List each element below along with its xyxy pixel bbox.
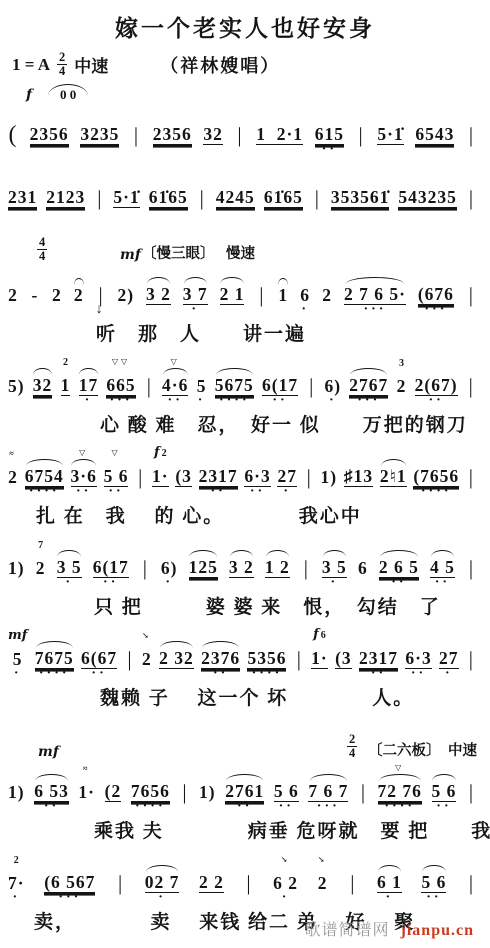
accent-mark: ↘ xyxy=(318,853,328,866)
slur-arc xyxy=(258,117,302,124)
note-group: ♯13 xyxy=(344,446,373,500)
octave-dots: · xyxy=(165,578,173,591)
barline: | xyxy=(466,168,476,221)
barline: | xyxy=(358,762,368,815)
slur-arc xyxy=(310,774,348,781)
note-group: 6·3·· xyxy=(405,628,431,682)
barline: | xyxy=(144,356,154,409)
music-line: 1)723 5·6(17··|6)·1253 21 2|3 5·62 6 5··… xyxy=(8,537,482,619)
tempo-marking: 中速 xyxy=(448,739,477,760)
octave-dots: ··· xyxy=(317,802,340,815)
octave-dots: ·· xyxy=(411,669,426,682)
slur-arc xyxy=(105,774,121,781)
octave-dots: ·· xyxy=(426,893,441,906)
slur-arc xyxy=(380,550,418,557)
slur-arc xyxy=(47,180,84,187)
note-group: 1) xyxy=(8,762,25,815)
slur-arc xyxy=(132,774,169,781)
note-group: 61̇65 xyxy=(264,167,303,221)
barline: | xyxy=(306,356,316,409)
slur-arc xyxy=(396,369,406,376)
notes-row: mf5·7675····6(67··|↘22 322376··5356····|… xyxy=(8,628,482,682)
slur-arc xyxy=(300,278,310,285)
barline: | xyxy=(466,538,476,591)
note-group: 27· xyxy=(439,628,459,682)
accent-mark: ↘ xyxy=(281,853,291,866)
barline: | xyxy=(466,447,476,500)
slur-arc xyxy=(114,180,139,187)
slur-arc xyxy=(432,774,455,781)
note-group: 27· xyxy=(277,446,297,500)
lyrics-line: 扎 在 我 的 心。 我心中 xyxy=(36,501,482,528)
music-line: mf24〔二六板〕中速1)6 53··≈1·(27656····|1)2761·… xyxy=(8,719,482,843)
note-group: 1) xyxy=(199,762,216,815)
note-group: 1 2·1 xyxy=(256,104,303,158)
slur-arc xyxy=(417,117,454,124)
note-group: 72 xyxy=(36,538,46,591)
octave-dots: · xyxy=(12,893,20,906)
slur-arc xyxy=(46,865,94,872)
note-group: 2(67)·· xyxy=(415,355,458,409)
slur-arc xyxy=(416,368,456,375)
notes-row: 1)723 5·6(17··|6)·1253 21 2|3 5·62 6 5··… xyxy=(8,537,482,591)
annotation-row: 44mf〔慢三眼〕慢速 xyxy=(8,230,482,264)
octave-dots: ···· xyxy=(219,396,250,409)
note-group: 32 xyxy=(396,356,406,409)
slur-arc xyxy=(33,368,51,375)
note-group: ↘6 2· xyxy=(273,853,298,906)
slur-arc xyxy=(104,459,127,466)
note-group: 5 6·· xyxy=(432,761,457,815)
slur-arc xyxy=(358,551,368,558)
slur-arc xyxy=(333,180,388,187)
octave-dots: ·· xyxy=(272,396,287,409)
octave-dots: ·· xyxy=(435,578,450,591)
slur-arc xyxy=(312,641,328,648)
site-url: jianpu.cn xyxy=(401,922,474,939)
barline: | xyxy=(131,105,141,158)
barline: | xyxy=(244,853,254,906)
slur-arc xyxy=(31,117,68,124)
barline: | xyxy=(135,447,145,500)
slur-arc xyxy=(422,865,445,872)
slur-arc xyxy=(265,180,302,187)
octave-dots: · xyxy=(14,669,22,682)
octave-dots: ···· xyxy=(39,669,70,682)
barline: | xyxy=(140,538,150,591)
time-signature: 24 xyxy=(347,733,357,760)
note-group: - xyxy=(30,265,40,318)
slur-arc xyxy=(189,550,216,557)
note-group: 1) xyxy=(320,447,337,500)
barline: | xyxy=(294,629,304,682)
key-signature: 1 = A 2 4 中速 xyxy=(12,51,108,78)
barline: | xyxy=(466,853,476,906)
note-group: 2 2 xyxy=(199,852,224,906)
dynamics-marking: mf xyxy=(8,629,27,642)
note-group: 6 xyxy=(358,538,368,591)
dynamics-marking: mf xyxy=(38,744,59,760)
slur-arc xyxy=(419,277,453,284)
barline: | xyxy=(466,762,476,815)
octave-dots: · xyxy=(283,487,291,500)
octave-dots: ··· xyxy=(110,396,133,409)
barline: | xyxy=(312,168,322,221)
slur-arc xyxy=(147,277,170,284)
note-group: 6543 xyxy=(415,104,454,158)
note-group: f21· xyxy=(152,446,169,500)
note-group: 2761·· xyxy=(225,761,264,815)
note-group: 7675···· xyxy=(35,628,74,682)
grace-note: 2 xyxy=(14,854,19,867)
slur-arc xyxy=(318,866,328,873)
slur-arc xyxy=(107,368,134,375)
slur-arc xyxy=(325,369,341,376)
octave-dots: ···· xyxy=(135,802,166,815)
grace-note: 2 xyxy=(63,356,68,369)
note-group: 5) xyxy=(8,356,25,409)
note-group: 6)· xyxy=(161,538,178,591)
slur-arc xyxy=(226,774,263,781)
note-group: f61· xyxy=(311,628,328,682)
music-line: 44mf〔慢三眼〕慢速2-22|↓2)3 23 7·2 1|16·22 7 6 … xyxy=(8,230,482,346)
music-line: ≈26754····▽3·6··▽5 6··|f21·(32317··6·3··… xyxy=(8,446,482,528)
barline: | xyxy=(115,853,125,906)
grace-note: 7 xyxy=(38,539,43,552)
note-group: ▽5 6·· xyxy=(104,446,129,500)
note-group: ≈1· xyxy=(78,762,95,815)
accent-mark: ≈ xyxy=(83,762,90,775)
note-group: 4 5·· xyxy=(430,537,455,591)
barline: | xyxy=(304,447,314,500)
note-group: 2356 xyxy=(153,104,192,158)
note-group: 125 xyxy=(189,537,218,591)
note-group: (3 xyxy=(335,628,352,682)
octave-dots: ·· xyxy=(371,669,386,682)
note-group: 2317·· xyxy=(199,446,238,500)
note-group: 3 5· xyxy=(322,537,347,591)
octave-dots: ··· xyxy=(357,396,380,409)
meter-denominator: 4 xyxy=(57,65,67,78)
octave-dots: ··· xyxy=(58,893,81,906)
slur-arc xyxy=(9,642,27,649)
note-group: 1 xyxy=(278,265,288,318)
octave-dots: ···· xyxy=(421,487,452,500)
slur-arc xyxy=(35,774,68,781)
grace-note: 6 xyxy=(321,629,326,642)
slur-arc xyxy=(82,641,116,648)
note-group: 6 53·· xyxy=(34,761,69,815)
dynamics-marking: f xyxy=(313,628,319,641)
slur-arc xyxy=(216,368,253,375)
watermark: 歌谱简谱网 jianpu.cn xyxy=(305,917,474,940)
note-group: 4245 xyxy=(216,167,255,221)
slur-arc xyxy=(9,369,25,376)
slur-arc xyxy=(230,550,253,557)
slur-arc xyxy=(406,641,431,648)
note-group: 17· xyxy=(79,355,99,409)
note-group: 2356 xyxy=(30,104,69,158)
accent-mark: ▽ xyxy=(171,355,180,368)
octave-dots: ·· xyxy=(237,802,252,815)
barline: |↓ xyxy=(96,265,106,318)
slur-arc xyxy=(360,641,397,648)
slur-arc xyxy=(74,278,84,285)
tempo-marking: 〔二六板〕 xyxy=(368,739,441,760)
grace-note: 3 xyxy=(399,357,404,370)
meter-numerator: 2 xyxy=(57,51,67,65)
slur-arc xyxy=(60,368,70,375)
note-group: 5356···· xyxy=(247,628,286,682)
barline: | xyxy=(466,265,476,318)
note-group: 3 2 xyxy=(229,537,254,591)
rest-notes: 0 0 xyxy=(48,83,88,103)
slur-arc xyxy=(379,774,421,781)
note-group: (676··· xyxy=(418,264,454,318)
note-group: (6 567··· xyxy=(44,852,95,906)
slur-arc xyxy=(26,459,63,466)
key-label: 1 = A xyxy=(12,55,50,75)
slur-arc xyxy=(345,459,372,466)
note-group: 5·1̇ xyxy=(377,104,403,158)
time-signature: 44 xyxy=(37,236,47,263)
annotation-row: mf24〔二六板〕中速 xyxy=(8,719,482,761)
octave-dots: ·· xyxy=(103,578,118,591)
note-group: 2767··· xyxy=(349,355,388,409)
slur-arc xyxy=(316,117,343,124)
octave-dots: ·· xyxy=(210,487,225,500)
note-group: ▽▽665··· xyxy=(106,355,135,409)
lyrics-line: 心 酸 难 忍， 好一 似 万把的钢刀 xyxy=(100,410,482,437)
note-group: 6·3·· xyxy=(244,446,270,500)
dynamics-marking: f xyxy=(26,87,32,103)
slur-arc xyxy=(336,641,352,648)
slur-arc xyxy=(36,551,46,558)
slur-arc xyxy=(266,550,289,557)
site-name: 歌谱简谱网 xyxy=(305,922,390,939)
note-group: 5 6·· xyxy=(421,852,446,906)
slur-arc xyxy=(197,369,207,376)
slur-arc xyxy=(323,550,346,557)
octave-dots: ·· xyxy=(91,669,106,682)
notes-row: ≈26754····▽3·6··▽5 6··|f21·(32317··6·3··… xyxy=(8,446,482,500)
slur-arc xyxy=(160,641,193,648)
octave-dots: ··· xyxy=(424,305,447,318)
song-title: 嫁一个老实人也好安身 xyxy=(0,10,490,43)
slur-arc xyxy=(431,550,454,557)
slur-arc xyxy=(378,117,403,124)
slur-arc xyxy=(184,277,207,284)
lyrics-line: 只 把 婆 婆 来 恨， 勾结 了 xyxy=(94,592,482,619)
octave-dots: ·· xyxy=(279,802,294,815)
note-group: 32 xyxy=(203,104,223,158)
note-group: 6(17·· xyxy=(93,537,129,591)
octave-dots: ···· xyxy=(29,487,60,500)
slur-arc xyxy=(154,117,191,124)
barline: | xyxy=(301,538,311,591)
notes-row: 5)322117·▽▽665···|▽4·6··5·5675····6(17··… xyxy=(8,355,482,409)
notes-row: (23563235|235632|1 2·1615··|5·1̇6543| xyxy=(8,104,482,158)
note-group: 543235 xyxy=(398,167,457,221)
note-group: 353561̇ xyxy=(331,167,390,221)
note-group: 3 7· xyxy=(183,264,208,318)
slur-arc xyxy=(322,278,332,285)
note-group: (7656···· xyxy=(413,446,459,500)
note-group: 7 6 7··· xyxy=(308,761,348,815)
slur-arc xyxy=(346,277,404,284)
slur-arc xyxy=(8,460,18,467)
octave-dots: ·· xyxy=(250,487,265,500)
note-group: 6 1· xyxy=(377,852,402,906)
slur-arc xyxy=(79,775,95,782)
octave-dots: ·· xyxy=(428,396,443,409)
octave-dots: · xyxy=(329,396,337,409)
note-group: ▽72 76···· xyxy=(378,761,422,815)
tempo-marking: 慢速 xyxy=(226,242,255,263)
barline: | xyxy=(124,629,134,682)
slur-arc xyxy=(350,368,387,375)
dynamics-marking: f xyxy=(154,446,160,459)
slur-arc xyxy=(263,368,297,375)
octave-dots: ·· xyxy=(436,802,451,815)
time-signature: 2 4 xyxy=(57,51,67,78)
notes-row: 2-22|↓2)3 23 7·2 1|16·22 7 6 5····(676··… xyxy=(8,264,482,318)
slur-arc xyxy=(57,550,80,557)
barline: | xyxy=(356,105,366,158)
slur-arc xyxy=(278,278,288,285)
slur-arc xyxy=(415,459,458,466)
note-group: 2 xyxy=(322,265,332,318)
note-group: 6(67·· xyxy=(81,628,117,682)
score-body: f0 0(23563235|235632|1 2·1615··|5·1̇6543… xyxy=(0,80,490,934)
note-group: 5· xyxy=(197,356,207,409)
music-line: 2312123|5·1̇61̇65|424561̇65|353561̇54323… xyxy=(8,167,482,221)
note-group: (2 xyxy=(105,761,122,815)
accent-mark: ↘ xyxy=(142,629,152,642)
slur-arc xyxy=(220,277,243,284)
notes-row: 2312123|5·1̇61̇65|424561̇65|353561̇54323… xyxy=(8,167,482,221)
lyrics-line: 魏赖 子 这一个 坏 人。 xyxy=(100,683,482,710)
note-group: 2317·· xyxy=(359,628,398,682)
slur-arc xyxy=(440,641,458,648)
note-group: mf5· xyxy=(8,629,27,682)
slur-arc xyxy=(36,641,73,648)
notes-row: 1)6 53··≈1·(27656····|1)2761··5 6··7 6 7… xyxy=(8,761,482,815)
accent-mark: ≈ xyxy=(9,447,16,460)
notes-row: 27··(6 567···|02 7·2 2|↘6 2·↘2|6 1·5 6··… xyxy=(8,852,482,906)
slur-arc xyxy=(9,775,25,782)
note-group: 2 xyxy=(74,265,84,318)
note-group: 3 5· xyxy=(57,537,82,591)
slur-arc xyxy=(152,459,168,466)
note-group: 2376·· xyxy=(201,628,240,682)
octave-dots: · xyxy=(330,578,338,591)
music-line: f0 0(23563235|235632|1 2·1615··|5·1̇6543… xyxy=(8,80,482,158)
slur-arc xyxy=(94,550,128,557)
lyrics-line: 听 那 人 讲一遍 xyxy=(96,319,482,346)
slur-arc xyxy=(202,641,239,648)
sheet-music-page: { "header": { "title": "嫁一个老实人也好安身", "ke… xyxy=(0,0,490,948)
slur-arc xyxy=(200,459,237,466)
octave-dots: ··· xyxy=(363,305,386,318)
slur-arc xyxy=(204,117,222,124)
note-group: 2 32 xyxy=(159,628,194,682)
accent-mark: ▽▽ xyxy=(112,355,130,368)
slur-arc xyxy=(79,368,97,375)
accent-mark: ▽ xyxy=(395,761,404,774)
note-group: ↘2 xyxy=(142,629,152,682)
slur-arc xyxy=(146,865,179,872)
octave-dots: · xyxy=(191,305,199,318)
dynamics-marking: mf xyxy=(120,247,141,263)
slur-arc xyxy=(52,278,62,285)
slur-arc xyxy=(321,460,337,467)
slur-arc xyxy=(217,180,254,187)
note-group: 32 xyxy=(33,355,53,409)
note-group: 2 xyxy=(52,265,62,318)
note-group: ▽4·6·· xyxy=(162,355,188,409)
octave-dots: ↓ xyxy=(96,305,106,318)
octave-dots: · xyxy=(301,305,309,318)
music-line: mf5·7675····6(67··|↘22 322376··5356····|… xyxy=(8,628,482,710)
slur-arc xyxy=(30,278,40,285)
note-group: 1 2 xyxy=(265,537,290,591)
note-group: ▽3·6·· xyxy=(71,446,97,500)
slur-arc xyxy=(9,551,25,558)
octave-dots: · xyxy=(65,578,73,591)
note-group: 6754···· xyxy=(25,446,64,500)
barline: | xyxy=(94,168,104,221)
octave-dots: · xyxy=(445,669,453,682)
slur-arc xyxy=(150,180,187,187)
note-group: 5675···· xyxy=(215,355,254,409)
slur-arc xyxy=(9,180,36,187)
barline: | xyxy=(256,265,266,318)
note-group: 2) xyxy=(118,265,135,318)
slur-arc xyxy=(118,278,134,285)
accent-mark: ▽ xyxy=(79,446,88,459)
note-group: 1) xyxy=(8,538,25,591)
slur-arc xyxy=(9,866,25,873)
barline: | xyxy=(235,105,245,158)
note-group: 3235 xyxy=(80,104,119,158)
note-group: 2 1 xyxy=(220,264,245,318)
octave-dots: ·· xyxy=(322,145,337,158)
octave-dots: ···· xyxy=(384,802,415,815)
note-group: ↘2 xyxy=(318,853,328,906)
barline: | xyxy=(179,762,189,815)
note-group: ( xyxy=(8,105,18,158)
note-group: 5·1̇ xyxy=(113,167,139,221)
note-group: ≈2 xyxy=(8,447,18,500)
barline: | xyxy=(466,105,476,158)
octave-dots: ·· xyxy=(44,802,59,815)
note-group: 61̇65 xyxy=(149,167,188,221)
key-row: 1 = A 2 4 中速 （祥林嫂唱） xyxy=(0,51,490,78)
slur-arc xyxy=(249,641,286,648)
slur-arc xyxy=(278,459,296,466)
note-group: 21 xyxy=(60,355,70,409)
octave-dots: · xyxy=(198,396,206,409)
octave-dots: · xyxy=(386,893,394,906)
note-group: 3 2 xyxy=(146,264,171,318)
octave-dots: ···· xyxy=(252,669,283,682)
slur-arc xyxy=(200,865,223,872)
note-group: 2 xyxy=(8,265,18,318)
tempo-marking: 中速 xyxy=(74,52,108,77)
note-group: 615·· xyxy=(315,104,344,158)
grace-note: 2 xyxy=(162,447,167,460)
